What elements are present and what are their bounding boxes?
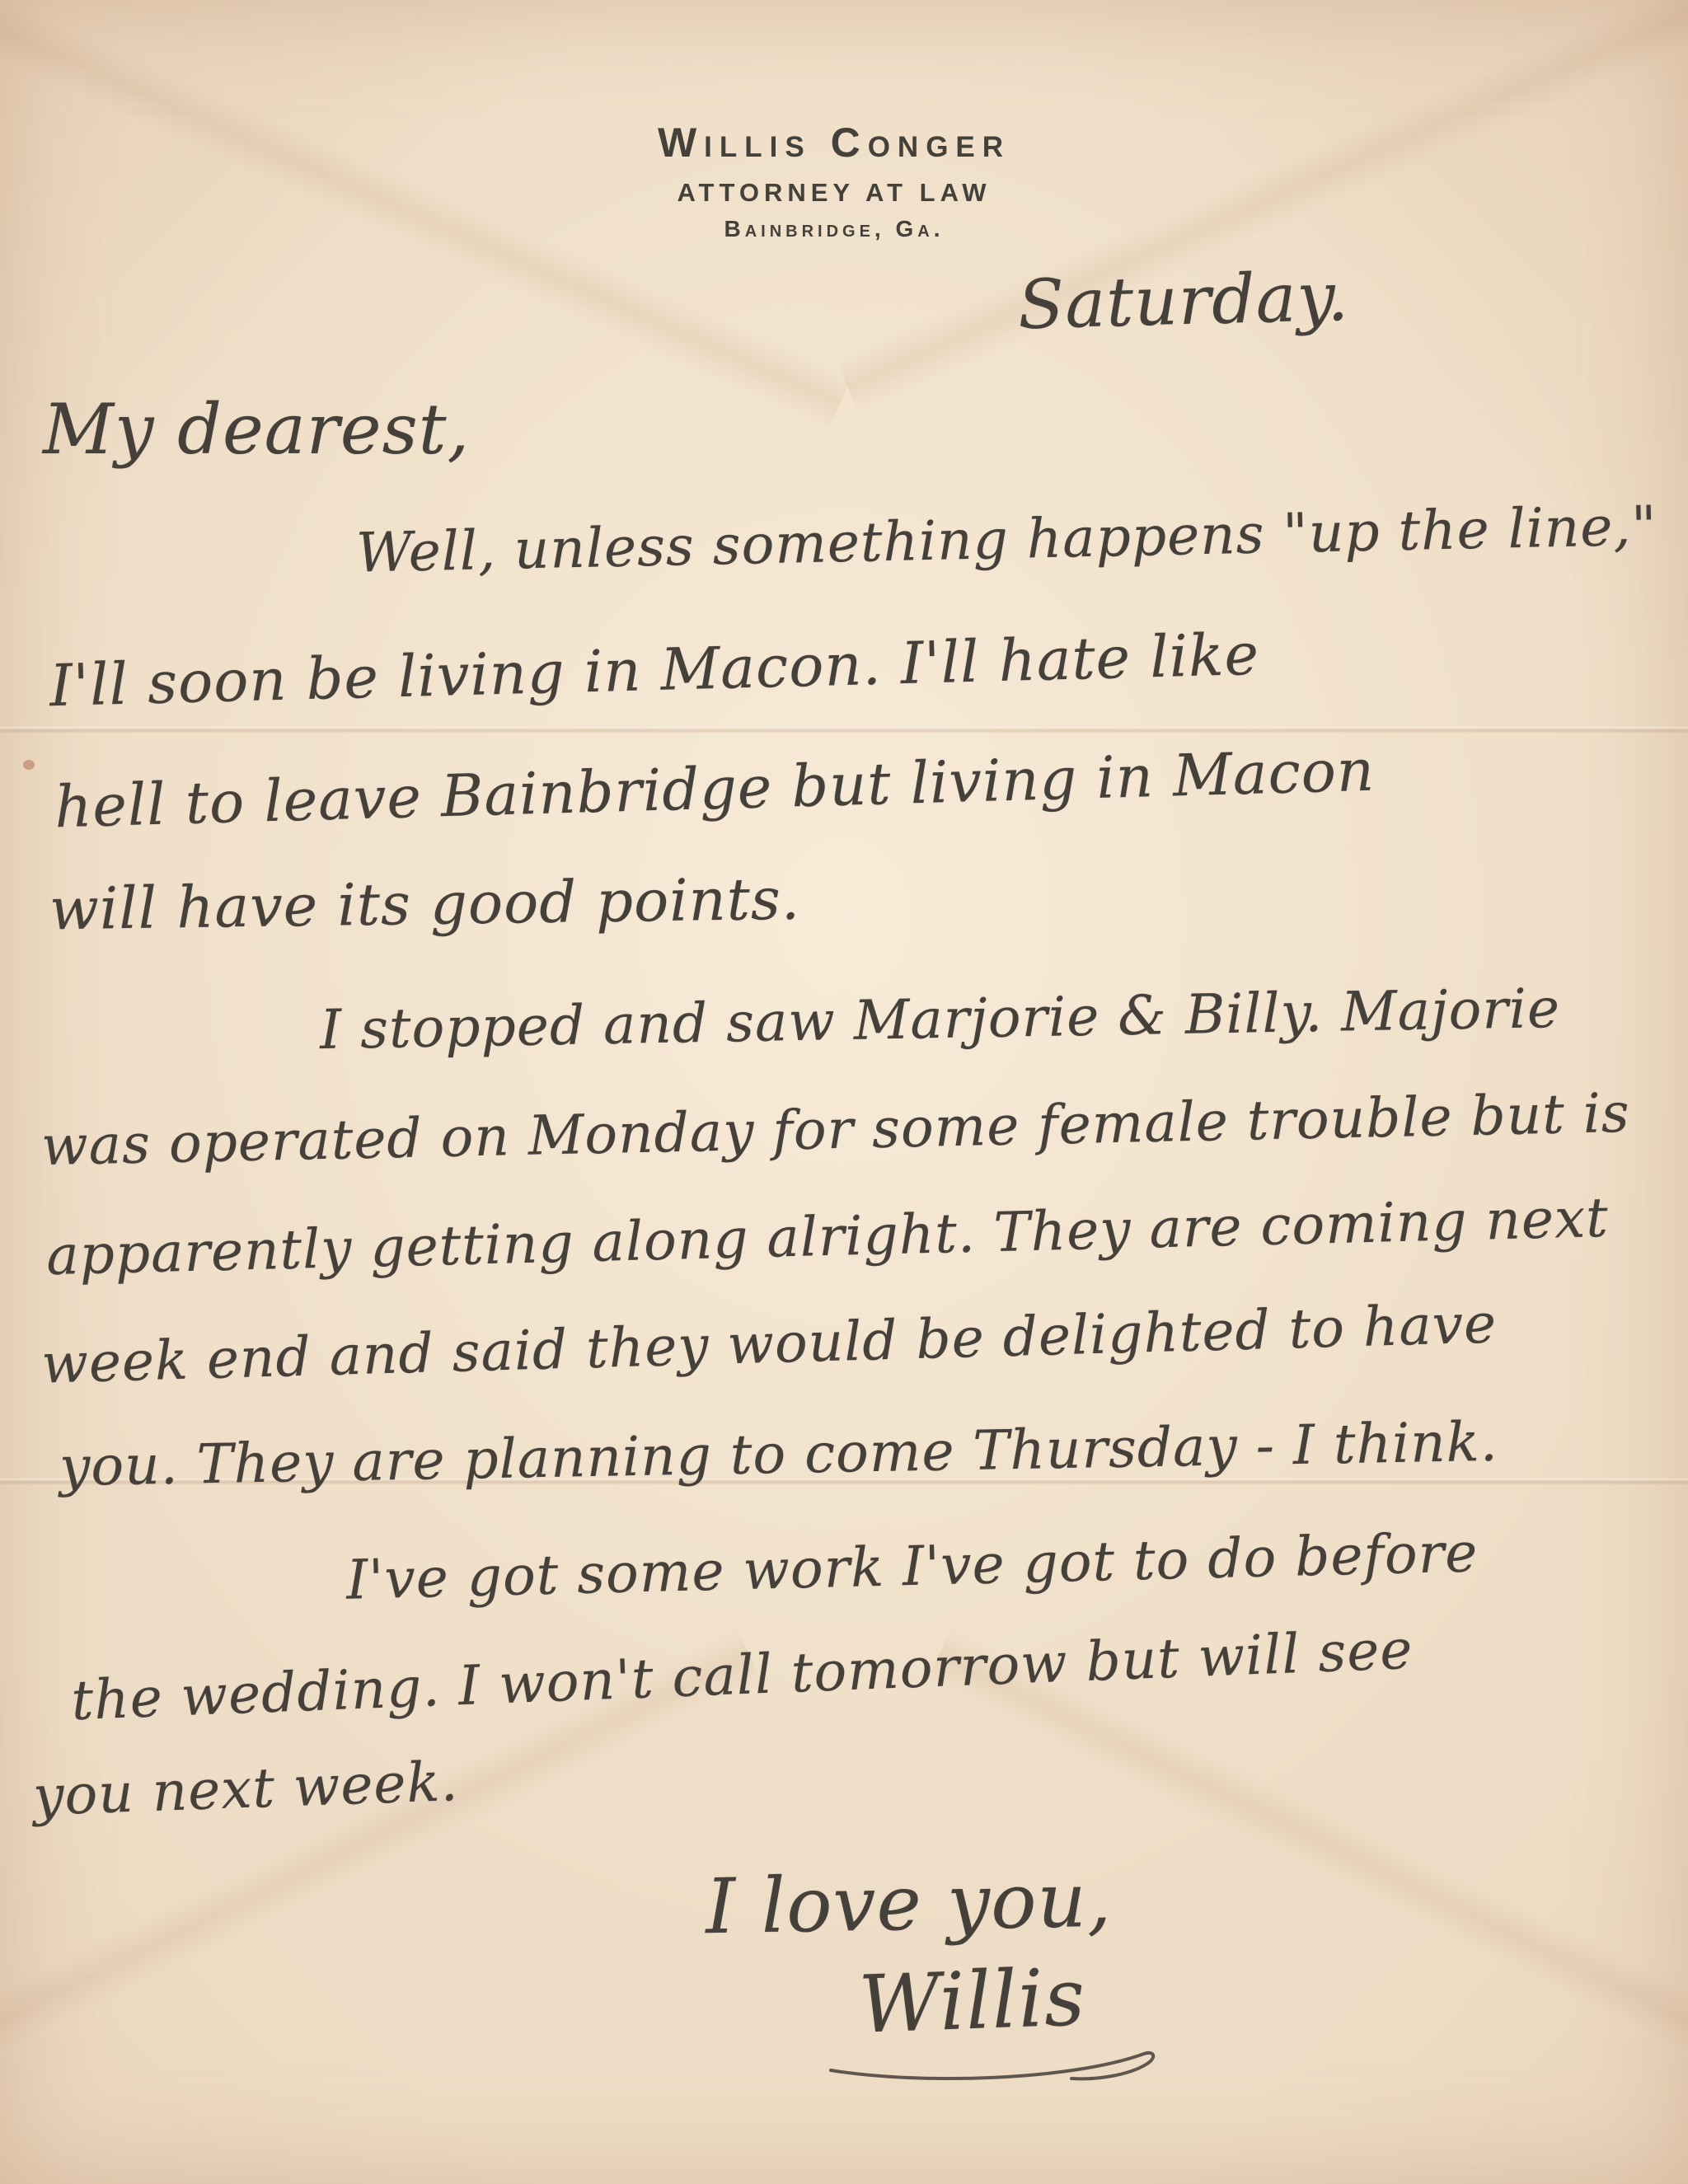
closing-line: I love you,	[705, 1856, 1113, 1952]
body-line: week end and said they would be delighte…	[40, 1291, 1498, 1395]
signature: Willis	[857, 1951, 1087, 2051]
letterhead-location: Bainbridge, Ga.	[658, 216, 1010, 242]
body-line: was operated on Monday for some female t…	[40, 1081, 1630, 1178]
letter-page: Willis Conger Attorney at Law Bainbridge…	[0, 0, 1688, 2184]
letterhead-name: Willis Conger	[658, 119, 1010, 166]
letterhead-title: Attorney at Law	[658, 178, 1010, 208]
body-line: Well, unless something happens "up the l…	[355, 494, 1658, 584]
body-line: you. They are planning to come Thursday …	[59, 1410, 1498, 1498]
salutation: My dearest,	[43, 389, 470, 470]
fold-crease	[0, 727, 1688, 733]
body-line: I've got some work I've got to do before	[345, 1521, 1479, 1612]
body-line: the wedding. I won't call tomorrow but w…	[70, 1618, 1414, 1732]
body-line: apparently getting along alright. They a…	[45, 1186, 1609, 1287]
body-line: you next week.	[32, 1750, 460, 1828]
body-line: will have its good points.	[49, 865, 800, 944]
date-line: Saturday.	[1017, 258, 1350, 344]
paper-blemish	[23, 760, 35, 770]
letterhead: Willis Conger Attorney at Law Bainbridge…	[658, 119, 1010, 242]
body-line: hell to leave Bainbridge but living in M…	[54, 737, 1376, 841]
body-line: I'll soon be living in Macon. I'll hate …	[49, 621, 1260, 719]
body-line: I stopped and saw Marjorie & Billy. Majo…	[319, 977, 1560, 1062]
